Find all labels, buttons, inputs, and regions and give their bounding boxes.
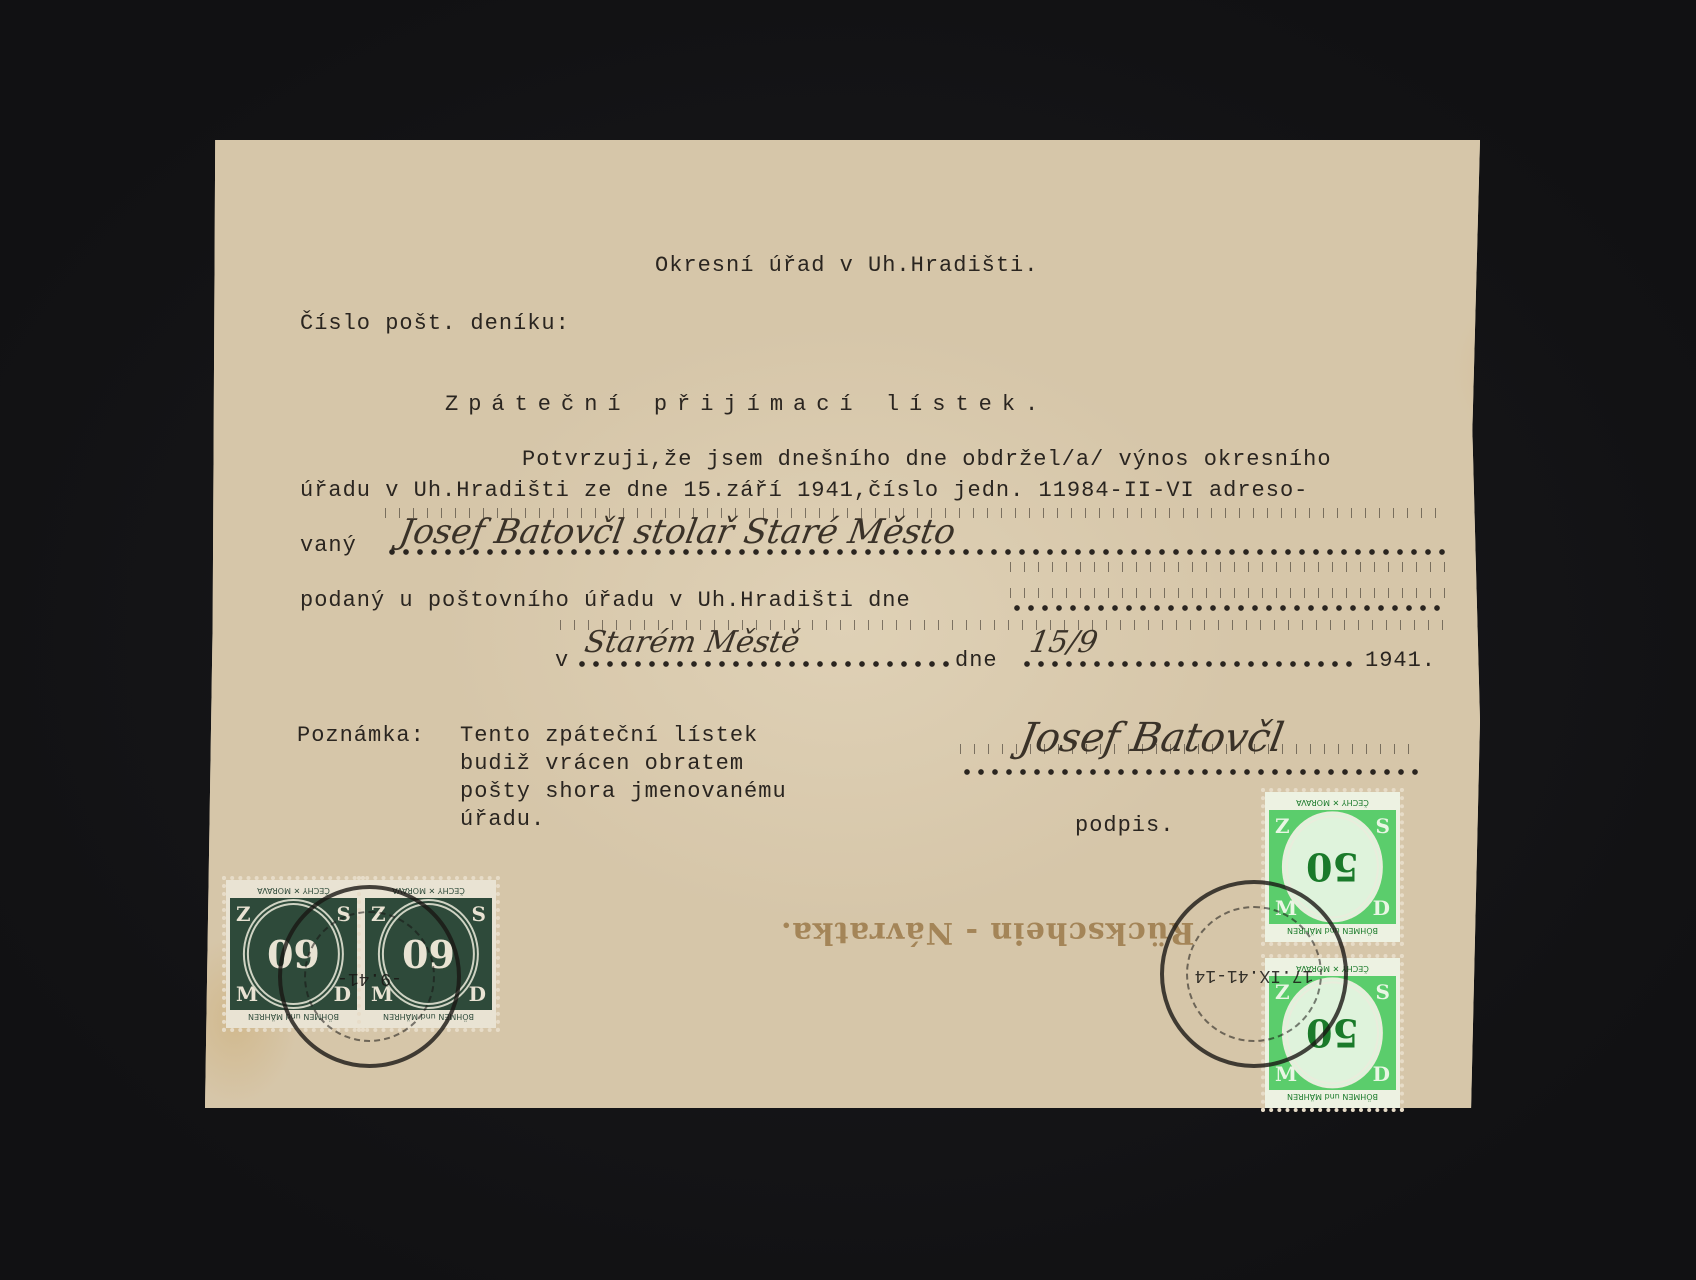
note-label: Poznámka: (297, 725, 425, 747)
stamp-corner: D (1373, 896, 1390, 920)
stamp-corner: D (1373, 1062, 1390, 1086)
stamp-band-top: ČECHY ✕ MORAVA (1269, 796, 1396, 810)
postmark-date: -9.41- (282, 968, 457, 988)
signature-dotted-line (960, 768, 1420, 776)
postmark-stare-mesto: 17.IX.41-14 (1160, 880, 1348, 1068)
posting-date-dotted-line (1010, 604, 1445, 612)
body-line-3-prefix: vaný (300, 535, 357, 557)
stamp-corner: D (469, 982, 486, 1006)
addressee-handwritten: Josef Batovčl stolař Staré Město (396, 512, 958, 552)
signature-label: podpis. (1075, 815, 1174, 837)
body-line-4: podaný u poštovního úřadu v Uh.Hradišti … (300, 590, 911, 612)
date-handwritten: 15/9 (1027, 625, 1101, 660)
stamp-corner: S (1376, 814, 1390, 838)
place-handwritten: Starém Městě (582, 625, 802, 660)
year: 1941. (1365, 650, 1436, 672)
return-receipt-stamp: Rückschein - Návratka. (780, 915, 1194, 950)
office-header: Okresní úřad v Uh.Hradišti. (655, 255, 1038, 277)
date-label: dne (955, 650, 998, 672)
note-line-4: úřadu. (460, 809, 545, 831)
note-line-3: pošty shora jmenovanému (460, 781, 787, 803)
date-dotted-line (1020, 660, 1360, 668)
body-line-1: Potvrzuji,že jsem dnešního dne obdržel/a… (522, 449, 1332, 471)
note-line-2: budiž vrácen obratem (460, 753, 744, 775)
place-prefix: v (555, 650, 569, 672)
postmark-uherske-hradiste: -9.41- (278, 885, 461, 1068)
body-line-2: úřadu v Uh.Hradišti ze dne 15.září 1941,… (300, 480, 1308, 502)
stamp-corner: Z (1275, 814, 1290, 838)
stamp-band-bottom: BÖHMEN und MÄHREN (1269, 1090, 1396, 1104)
fill-line-ticks (1010, 588, 1445, 598)
fill-line-ticks (1010, 562, 1445, 572)
document-title: Zpáteční přijímací lístek. (445, 394, 1048, 416)
place-dotted-line (575, 660, 955, 668)
note-line-1: Tento zpáteční lístek (460, 725, 758, 747)
signature-handwritten: Josef Batovčl (1016, 715, 1287, 761)
stamp-corner: Z (236, 902, 251, 926)
journal-number-label: Číslo pošt. deníku: (300, 313, 570, 335)
stamp-corner: S (1376, 980, 1390, 1004)
stamp-corner: S (472, 902, 486, 926)
addressee-dotted-line (385, 548, 1445, 556)
postmark-date: 17.IX.41-14 (1164, 965, 1344, 985)
